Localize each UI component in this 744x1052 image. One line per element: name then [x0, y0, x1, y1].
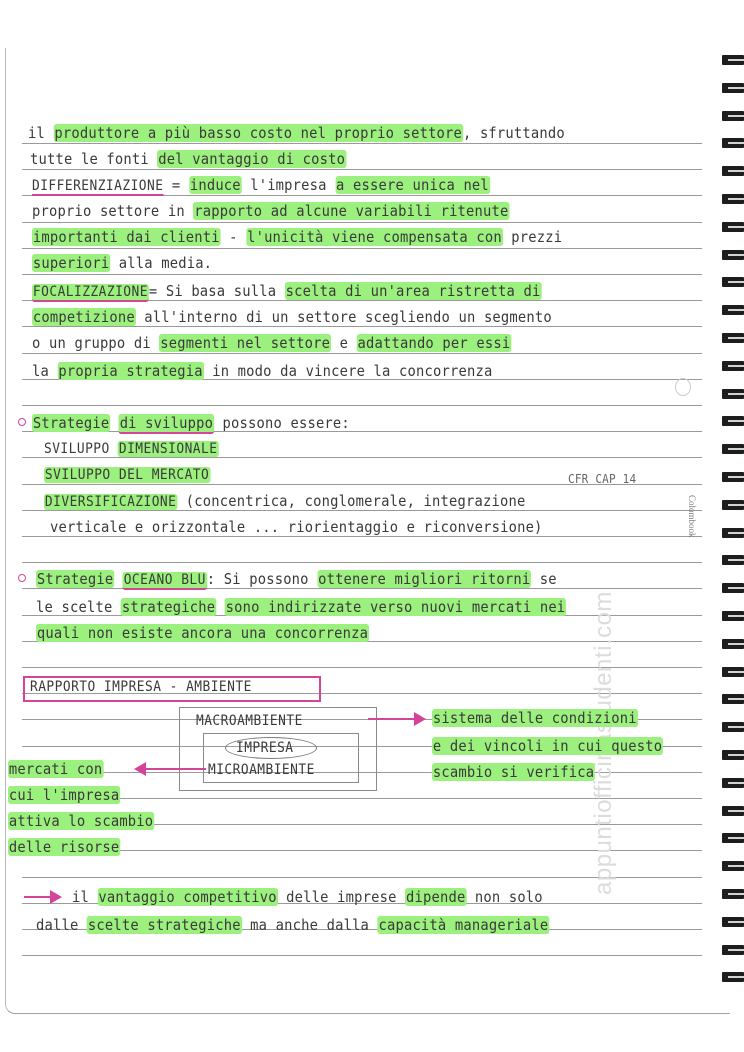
spiral-coil — [720, 555, 744, 565]
spiral-coil — [720, 639, 744, 649]
text: o un gruppo di — [32, 334, 159, 352]
text: se — [531, 570, 556, 588]
sviluppo-item-3: DIVERSIFICAZIONE (concentrica, conglomer… — [44, 492, 525, 511]
highlight: DIMENSIONALE — [118, 441, 218, 457]
focalizzazione-line-4: la propria strategia in modo da vincere … — [32, 362, 492, 380]
ruled-line — [22, 248, 702, 249]
focalizzazione-line-3: o un gruppo di segmenti nel settore e ad… — [32, 334, 511, 352]
differenziazione-line-2: proprio settore in rapporto ad alcune va… — [32, 202, 509, 220]
spiral-coil — [720, 361, 744, 371]
highlight: rapporto ad alcune variabili ritenute — [193, 202, 509, 220]
spiral-coil — [720, 667, 744, 677]
term-sviluppo: di sviluppo — [119, 414, 214, 434]
highlight: superiori — [32, 254, 110, 272]
highlight: Strategie — [36, 570, 114, 588]
sviluppo-continuation: verticale e orizzontale ... riorientaggi… — [50, 518, 543, 536]
ruled-line — [22, 562, 702, 563]
ruled-line — [22, 222, 702, 223]
highlight: cui l'impresa — [8, 786, 120, 804]
ruled-line — [22, 143, 702, 144]
highlight: scelte strategiche — [87, 916, 242, 934]
spiral-coil — [720, 416, 744, 426]
highlight: importanti dai clienti — [32, 228, 221, 246]
text: , sfruttando — [463, 124, 565, 142]
term-focalizzazione: FOCALIZZAZIONE — [32, 284, 149, 302]
side-note-cfr: CFR CAP 14 — [568, 470, 636, 488]
text: (concentrica, conglomerale, integrazione — [186, 492, 526, 510]
oceano-line-2: le scelte strategiche sono indirizzate v… — [36, 598, 566, 616]
spiral-coil — [720, 528, 744, 538]
highlight: Strategie — [32, 414, 110, 432]
spiral-coil — [720, 166, 744, 176]
rapporto-title: RAPPORTO IMPRESA - AMBIENTE — [30, 678, 252, 696]
text: scegliendo un segmento — [357, 308, 552, 326]
highlight: induce — [189, 176, 242, 194]
bullet-icon — [18, 574, 26, 582]
spiral-coil — [720, 945, 744, 955]
highlight: ottenere migliori ritorni — [317, 570, 531, 588]
micro-desc-4: delle risorse — [8, 838, 120, 856]
text: il — [28, 124, 45, 142]
spiral-coil — [720, 55, 744, 65]
differenziazione-line-4: superiori alla media. — [32, 254, 212, 272]
highlight: scambio si verifica — [432, 763, 595, 781]
focalizzazione-line-2: competizione all'interno di un settore s… — [32, 308, 552, 326]
text: tutte le fonti — [30, 150, 149, 168]
text: l'impresa — [242, 176, 335, 194]
arrow-right-icon — [414, 712, 426, 726]
highlight: DIVERSIFICAZIONE — [44, 494, 177, 510]
spiral-coil — [720, 750, 744, 760]
focalizzazione-line-1: FOCALIZZAZIONE= Si basa sulla scelta di … — [32, 282, 541, 301]
spiral-coil — [720, 778, 744, 788]
text: SVILUPPO — [44, 441, 110, 457]
highlight: e dei vincoli in cui questo — [432, 737, 663, 755]
spiral-coil — [720, 389, 744, 399]
highlight: competizione — [32, 308, 136, 326]
oceano-line-1: Strategie OCEANO BLU: Si possono ottener… — [36, 570, 557, 589]
highlight: capacità manageriale — [378, 916, 550, 934]
microambiente-label: MICROAMBIENTE — [208, 761, 315, 779]
spiral-coil — [720, 250, 744, 260]
spiral-coil — [720, 472, 744, 482]
highlight: produttore a più basso costo nel proprio… — [53, 124, 462, 142]
text: non solo — [466, 888, 542, 906]
conclusion-line-1: il vantaggio competitivo delle imprese d… — [72, 888, 543, 906]
cost-line-1: il produttore a più basso costo nel prop… — [28, 124, 565, 142]
spiral-coil — [720, 277, 744, 287]
spiral-coil — [720, 333, 744, 343]
highlight: l'unicità viene compensata con — [246, 228, 503, 246]
highlight: segmenti nel settore — [159, 334, 331, 352]
highlight: propria strategia — [57, 362, 203, 380]
faint-mark — [675, 378, 691, 396]
spiral-coil — [720, 722, 744, 732]
cost-line-2: tutte le fonti del vantaggio di costo — [30, 150, 346, 168]
text: il — [72, 888, 97, 906]
text: e — [331, 334, 356, 352]
highlight: mercati con — [8, 760, 103, 778]
ruled-line — [22, 955, 702, 956]
macroambiente-label: MACROAMBIENTE — [196, 712, 303, 730]
spiral-coil — [720, 444, 744, 454]
arrow-right-icon — [50, 890, 62, 904]
highlight: delle risorse — [8, 838, 120, 856]
sviluppo-item-2: SVILUPPO DEL MERCATO — [44, 466, 210, 484]
notebook-brand: Colombook — [687, 495, 697, 538]
spiral-coil — [720, 611, 744, 621]
arrow-left-icon — [134, 762, 146, 776]
highlight: attiva lo scambio — [8, 812, 154, 830]
text: in modo da vincere la concorrenza — [204, 362, 493, 380]
spiral-coil — [720, 917, 744, 927]
macro-desc-1: sistema delle condizioni — [432, 709, 638, 727]
text: alla media. — [110, 254, 212, 272]
text: ma anche dalla — [242, 916, 378, 934]
spiral-coil — [720, 806, 744, 816]
spiral-coil — [720, 833, 744, 843]
spiral-coil — [720, 861, 744, 871]
spiral-coil — [720, 583, 744, 593]
arrow-line — [146, 768, 206, 770]
micro-desc-2: cui l'impresa — [8, 786, 120, 804]
highlight: sistema delle condizioni — [432, 709, 638, 727]
arrow-line — [368, 718, 420, 720]
highlight: scelta di un'area ristretta di — [285, 282, 542, 300]
spiral-coil — [720, 138, 744, 148]
text: in — [159, 202, 193, 220]
ruled-line — [22, 405, 702, 406]
conclusion-line-2: dalle scelte strategiche ma anche dalla … — [36, 916, 549, 934]
text: proprio settore — [32, 202, 159, 220]
highlight: vantaggio competitivo — [97, 888, 277, 906]
sviluppo-item-1: SVILUPPO DIMENSIONALE — [44, 440, 218, 458]
spiral-coil — [720, 972, 744, 982]
text: = Si basa sulla — [149, 282, 285, 300]
highlight: a essere unica nel — [335, 176, 490, 194]
highlight: sono indirizzate verso nuovi mercati nei — [225, 598, 567, 616]
term-oceano-blu: OCEANO BLU — [123, 572, 207, 590]
ruled-line — [22, 536, 702, 537]
highlight: quali non esiste ancora una concorrenza — [36, 624, 369, 642]
differenziazione-line-1: DIFFERENZIAZIONE = induce l'impresa a es… — [32, 176, 490, 195]
differenziazione-line-3: importanti dai clienti - l'unicità viene… — [32, 228, 562, 246]
text: = — [172, 176, 189, 194]
ruled-line — [22, 274, 702, 275]
text: - — [221, 228, 246, 246]
macro-desc-3: scambio si verifica — [432, 763, 595, 781]
text: dalle — [36, 916, 87, 934]
spiral-coil — [720, 194, 744, 204]
ruled-line — [22, 169, 702, 170]
impresa-label: IMPRESA — [236, 739, 294, 757]
micro-desc-3: attiva lo scambio — [8, 812, 154, 830]
spiral-coil — [720, 222, 744, 232]
spiral-coil — [720, 500, 744, 510]
macro-desc-2: e dei vincoli in cui questo — [432, 737, 663, 755]
spiral-coil — [720, 889, 744, 899]
text: all'interno di un settore — [136, 308, 357, 326]
highlight: strategiche — [121, 598, 216, 616]
ruled-line — [22, 326, 702, 327]
highlight: dipende — [405, 888, 466, 906]
micro-desc-1: mercati con — [8, 760, 103, 778]
text: le scelte — [36, 598, 121, 616]
spiral-coil — [720, 111, 744, 121]
spiral-coil — [720, 305, 744, 315]
oceano-line-3: quali non esiste ancora una concorrenza — [36, 624, 369, 642]
text — [216, 598, 224, 616]
text: prezzi — [503, 228, 562, 246]
text: la — [32, 362, 57, 380]
highlight: adattando per essi — [357, 334, 512, 352]
highlight: del vantaggio di costo — [157, 150, 346, 168]
spiral-coil — [720, 83, 744, 93]
text: delle imprese — [278, 888, 405, 906]
text: possono essere: — [223, 414, 350, 432]
ruled-line — [22, 353, 702, 354]
term-differenziazione: DIFFERENZIAZIONE — [32, 178, 163, 196]
highlight: SVILUPPO DEL MERCATO — [44, 467, 210, 483]
bullet-icon — [18, 418, 26, 426]
spiral-coil — [720, 694, 744, 704]
sviluppo-heading: Strategie di sviluppo possono essere: — [32, 414, 350, 432]
text: : Si possono — [207, 570, 317, 588]
